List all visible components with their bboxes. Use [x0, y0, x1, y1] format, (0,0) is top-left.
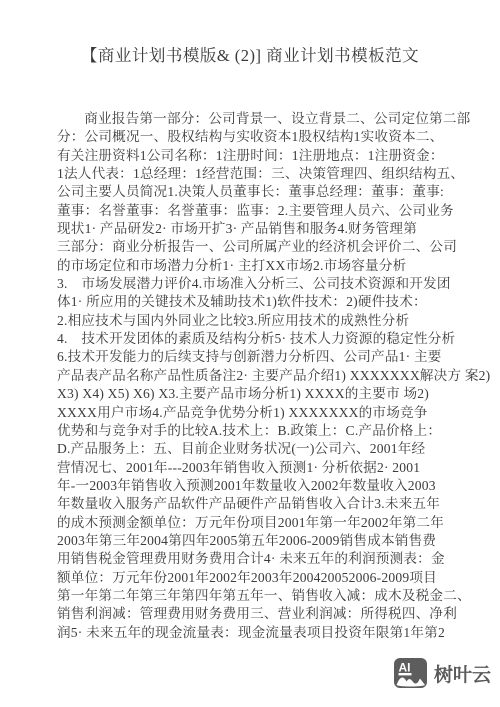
body-line: 润5· 未来五年的现金流量表：现金流量表项目投资年限第1年第2: [57, 624, 451, 642]
document-title: 【商业计划书模版& (2)] 商业计划书模板范文: [0, 42, 500, 66]
body-line: 2.相应技术与国内外同业之比较3.所应用技术的成熟性分析: [57, 312, 451, 330]
body-line: 第一年第二年第三年第四年第五年一、销售收入减：成木及税金二、: [57, 587, 451, 605]
document-page: 【商业计划书模版& (2)] 商业计划书模板范文 商业报告第一部分：公司背景一、…: [0, 0, 500, 707]
body-line: 6.技术开发能力的后续支持与创新潜力分析四、公司产品1· 主要: [57, 348, 451, 366]
document-body: 商业报告第一部分：公司背景一、设立背景二、公司定位第二部 分：公司概况一、股权结…: [57, 110, 451, 642]
body-line: 年数量收入服务产品软件产品硬件产品销售收入合计3.未来五年: [57, 495, 451, 513]
body-line: 额单位：万元年份2001年2002年2003年200420052006-2009…: [57, 569, 451, 587]
body-line: 产品表产品名称产品性质备注2· 主要产品介绍1) XXXXXXX解决方 案2): [57, 367, 451, 385]
body-line: XXXX用户市场4.产品竞争优势分析1) XXXXXXX的市场竞争: [57, 404, 451, 422]
body-line: 董事：名誉董事：名誉董事：监事：2.主要管理人员六、公司业务: [57, 202, 451, 220]
body-line: 优势和与竞争对手的比较A.技术上：B.政策上：C.产品价格上：: [57, 422, 451, 440]
body-line: X3) X4) X5) X6) X3.主要产品市场分析1) XXXX的主要市 场…: [57, 385, 451, 403]
body-line: 分：公司概况一、股权结构与实收资本1股权结构1实收资本二、: [57, 128, 451, 146]
body-line: 销售利润减：管理费用财务费用三、营业利润减：所得税四、净利: [57, 605, 451, 623]
body-line: 体1· 所应用的关键技术及辅助技术1)软件技术：2)硬件技术：: [57, 293, 451, 311]
watermark-brand-text: 树叶云: [434, 660, 491, 687]
body-line: 年-一2003年销售收入预测2001年数量收入2002年数量收入2003: [57, 477, 451, 495]
body-line: D.产品服务上：五、目前企业财务状况(一)公司六、2001年经: [57, 440, 451, 458]
body-line: 公司主要人员简况1.决策人员董事长：董事总经理：董事：董事:: [57, 183, 451, 201]
body-line: 现状1· 产品研发2· 市场开扩3· 产品销售和服务4.财务管理第: [57, 220, 451, 238]
body-line: 用销售税金管理费用财务费用合计4· 未来五年的利润预测表：金: [57, 550, 451, 568]
body-line: 三部分：商业分析报告一、公司所属产业的经济机会评价二、公司: [57, 238, 451, 256]
body-line: 营情况七、2001年---2003年销售收入预测1· 分析依据2· 2001: [57, 459, 451, 477]
body-line: 2003年第三年2004第四年2005第五年2006-2009销售成本销售费: [57, 532, 451, 550]
body-line: 1法人代表：1总经理：1经营范围：三、决策管理四、组织结构五、: [57, 165, 451, 183]
body-line: 的市场定位和市场潜力分析1· 主打XX市场2.市场容量分析: [57, 257, 451, 275]
ai-image-icon: AI: [394, 658, 427, 688]
body-line: 3. 市场发展潜力评价4.市场准入分析三、公司技术资源和开发团: [57, 275, 451, 293]
body-line: 商业报告第一部分：公司背景一、设立背景二、公司定位第二部: [57, 110, 451, 128]
body-line: 的成木预测金额单位：万元年份项目2001年第一年2002年第二年: [57, 514, 451, 532]
ai-icon-label: AI: [399, 661, 411, 675]
body-line: 4. 技术开发团体的素质及结构分析5· 技术人力资源的稳定性分析: [57, 330, 451, 348]
watermark-logo: AI 树叶云: [394, 658, 491, 688]
body-line: 有关注册资料1公司名称：1注册时间：1注册地点：1注册资金：: [57, 147, 451, 165]
